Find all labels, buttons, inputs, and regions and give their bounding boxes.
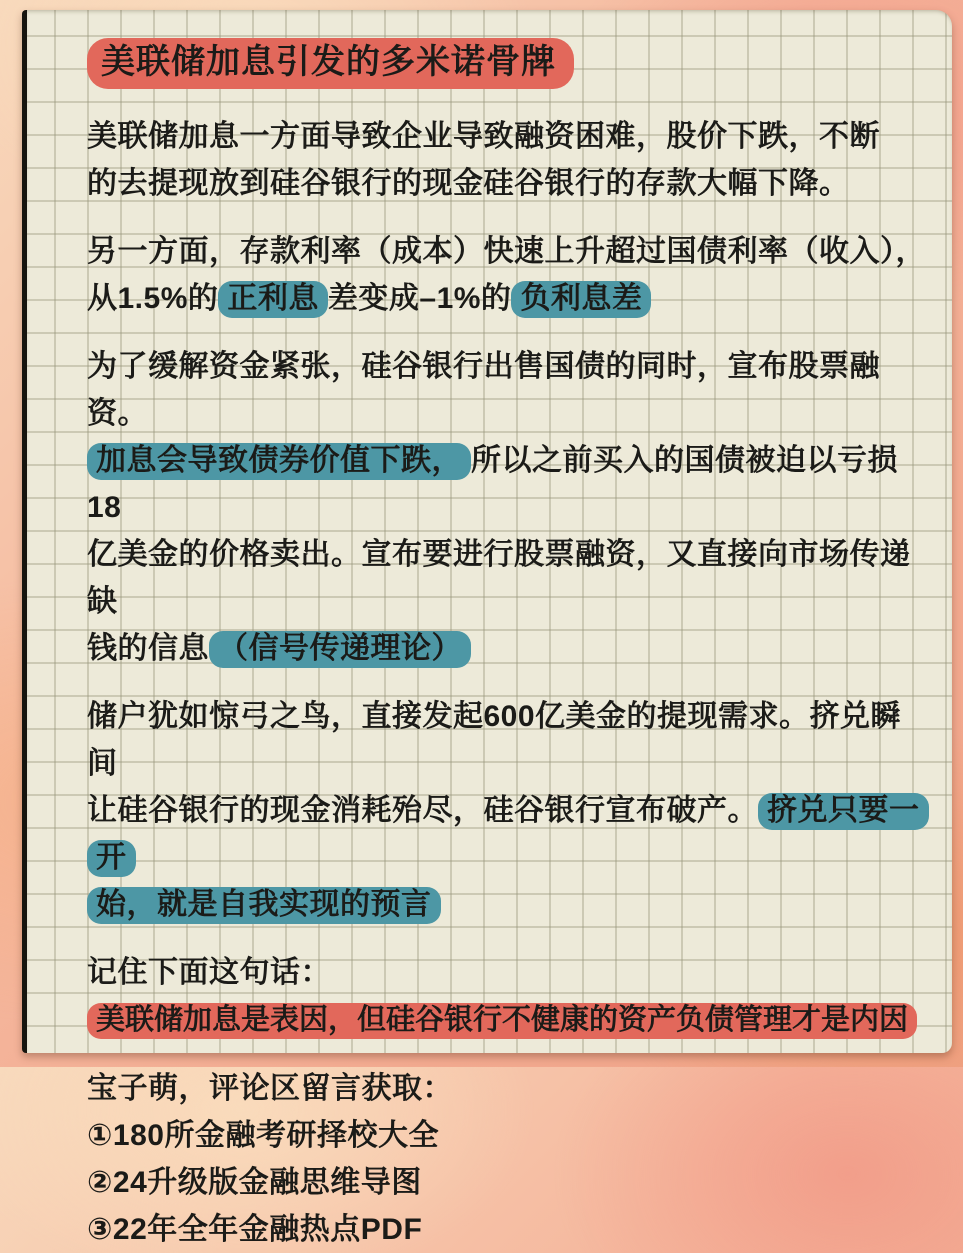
- highlighted-text: 负利息差: [511, 281, 651, 318]
- grid-notebook-page: 美联储加息引发的多米诺骨牌 美联储加息一方面导致企业导致融资困难，股价下跌，不断…: [22, 10, 952, 1053]
- note-title: 美联储加息引发的多米诺骨牌: [87, 38, 574, 89]
- note-body: 美联储加息一方面导致企业导致融资困难，股价下跌，不断的去提现放到硅谷银行的现金硅…: [87, 113, 928, 1068]
- highlighted-text: 加息会导致债券价值下跌，: [87, 443, 471, 480]
- para-bond-sale: 为了缓解资金紧张，硅谷银行出售国债的同时，宣布股票融资。加息会导致债券价值下跌，…: [87, 343, 928, 672]
- text-segment: 为了缓解资金紧张，硅谷银行出售国债的同时，宣布股票融资。: [87, 350, 880, 430]
- text-segment: 美联储加息一方面导致企业导致融资困难，股价下跌，不断的去提现放到硅谷银行的现金硅…: [87, 120, 880, 200]
- title-row: 美联储加息引发的多米诺骨牌: [87, 38, 928, 89]
- text-segment: 差变成–1%的: [328, 282, 512, 315]
- highlighted-text: （信号传递理论）: [209, 631, 471, 668]
- para-key-takeaway: 记住下面这句话：美联储加息是表因，但硅谷银行不健康的资产负债管理才是内因: [87, 949, 928, 1044]
- text-segment: 记住下面这句话：: [87, 956, 331, 989]
- para-interest-spread: 另一方面，存款利率（成本）快速上升超过国债利率（收入），从1.5%的正利息差变成…: [87, 228, 928, 322]
- para-rate-hike-dominoes: 美联储加息一方面导致企业导致融资困难，股价下跌，不断的去提现放到硅谷银行的现金硅…: [87, 113, 928, 207]
- highlighted-text: 美联储加息是表因，但硅谷银行不健康的资产负债管理才是内因: [87, 1003, 917, 1039]
- para-bank-run: 储户犹如惊弓之鸟，直接发起600亿美金的提现需求。挤兑瞬间让硅谷银行的现金消耗殆…: [87, 693, 928, 928]
- highlighted-text: 正利息: [218, 281, 328, 318]
